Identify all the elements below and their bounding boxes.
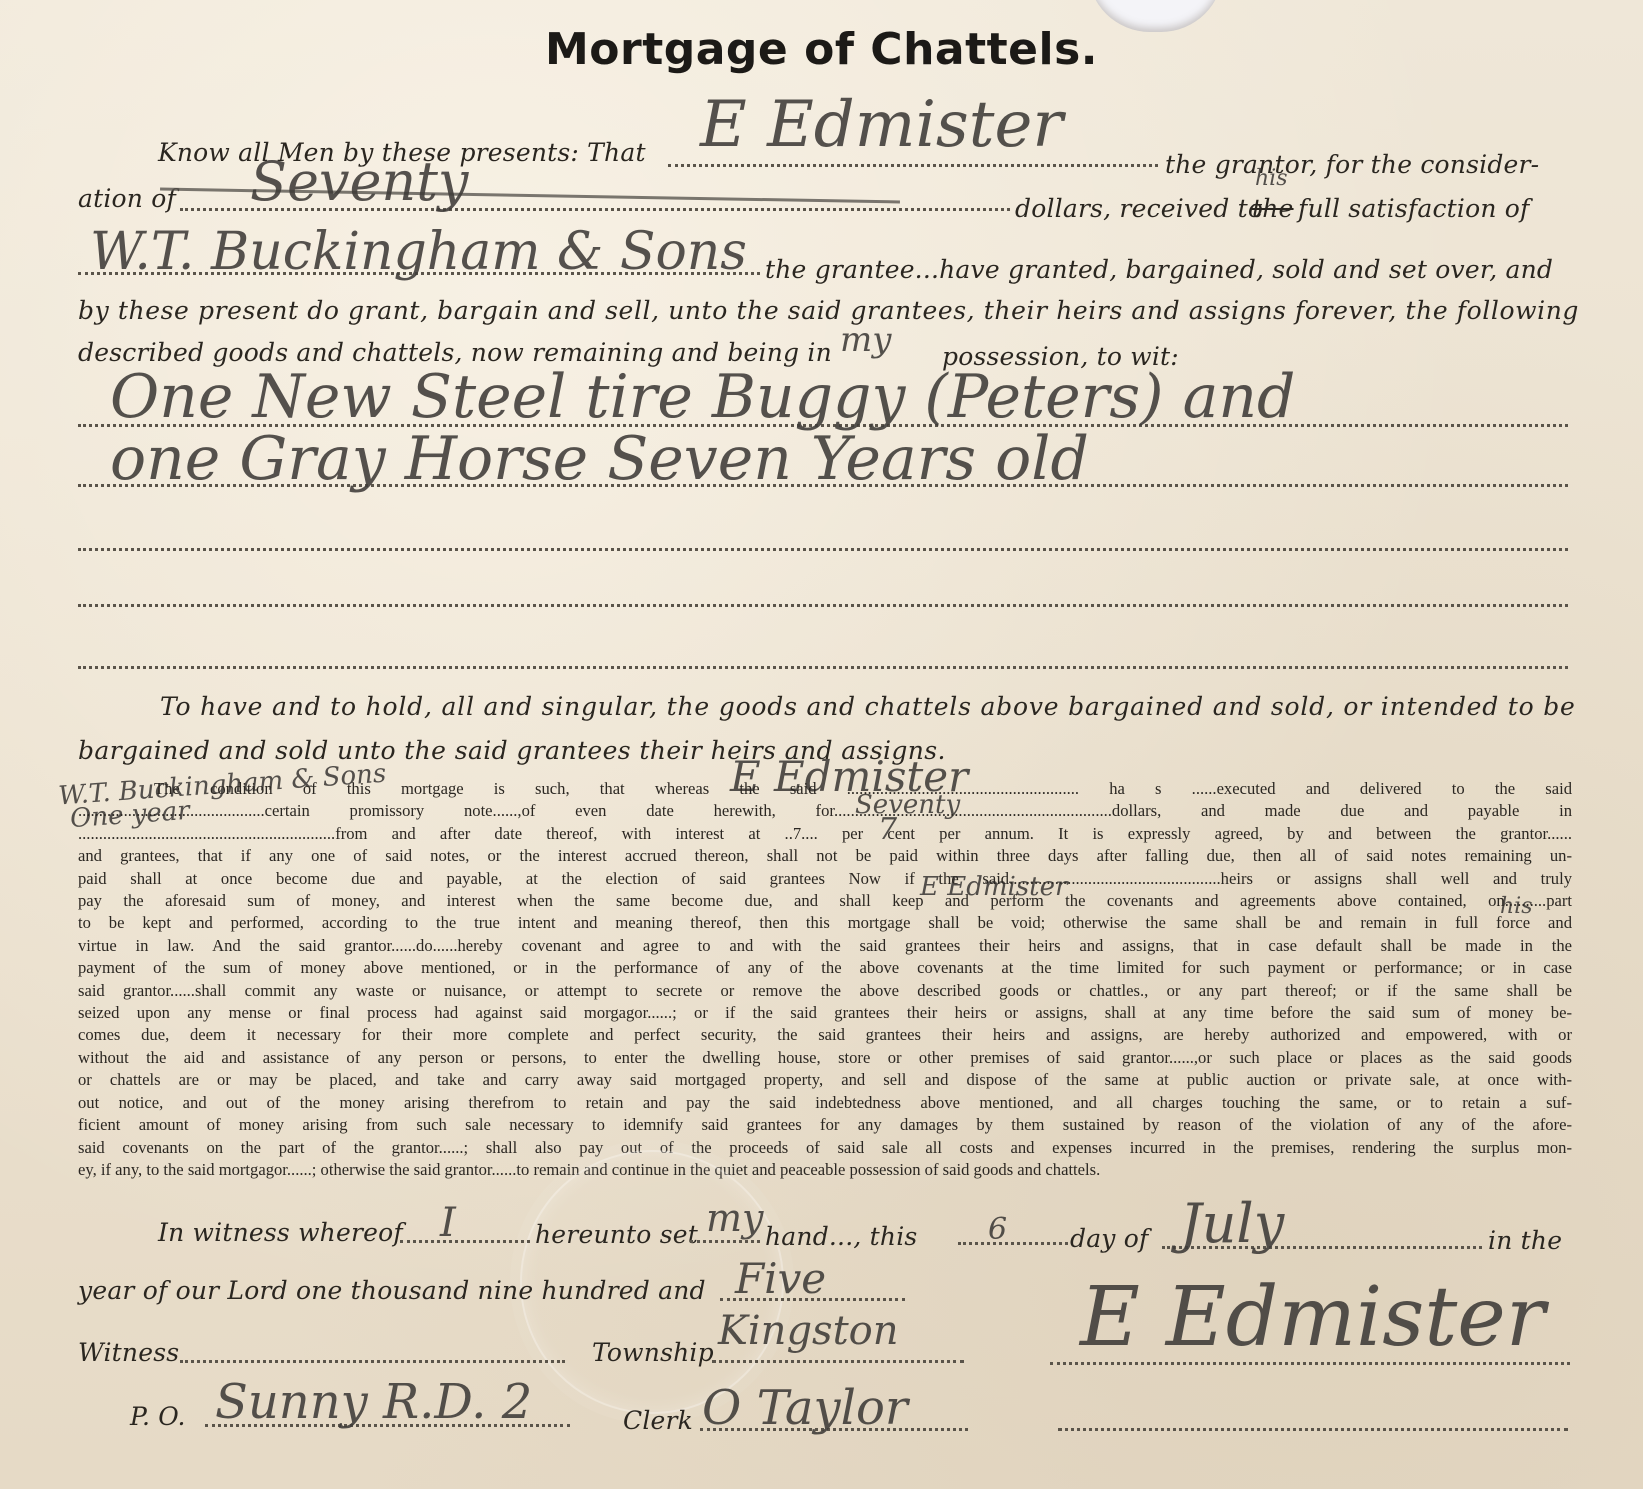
condition-line: virtue in law. And the said grantor.....… — [78, 935, 1572, 957]
in-the-label: in the — [1488, 1226, 1562, 1255]
condition-line: paid shall at once become due and payabl… — [78, 868, 1572, 890]
chattel-line-4 — [78, 604, 1568, 607]
witness-whereof-label: In witness whereof — [158, 1218, 403, 1247]
chattel-description-2: one Gray Horse Seven Years old — [110, 424, 1089, 494]
condition-line: said grantor......shall commit any waste… — [78, 980, 1572, 1002]
mortgage-document: Mortgage of Chattels. Know all Men by th… — [0, 0, 1643, 1489]
clerk-handwritten: O Taylor — [702, 1380, 908, 1436]
township-handwritten: Kingston — [718, 1308, 899, 1354]
condition-line: ........................................… — [78, 800, 1572, 822]
condition-line: The condition of this mortgage is such, … — [78, 778, 1572, 800]
condition-line: payment of the sum of money above mentio… — [78, 957, 1572, 979]
condition-line: pay the aforesaid sum of money, and inte… — [78, 890, 1572, 912]
possession-pronoun-handwritten: my — [840, 320, 891, 360]
struck-word: the — [1252, 194, 1294, 223]
month-handwritten: July — [1180, 1192, 1284, 1255]
hand-this-label: hand..., this — [765, 1222, 917, 1251]
condition-line: comes due, deem it necessary for their m… — [78, 1024, 1572, 1046]
condition-line: and grantees, that if any one of said no… — [78, 845, 1572, 867]
condition-line: to be kept and performed, according to t… — [78, 912, 1572, 934]
township-label: Township — [592, 1338, 714, 1367]
clerk-label: Clerk — [623, 1406, 693, 1435]
grantor-signature: E Edmister — [1080, 1270, 1545, 1365]
intro-line4: by these present do grant, bargain and s… — [78, 296, 1579, 325]
pronoun-handwritten: I — [440, 1200, 456, 1246]
condition-line: ey, if any, to the said mortgagor......;… — [78, 1159, 1572, 1181]
second-signature-line — [1058, 1428, 1568, 1431]
intro-line3-suffix: the grantee...have granted, bargained, s… — [765, 255, 1553, 284]
condition-line: or chattels are or may be placed, and ta… — [78, 1069, 1572, 1091]
chattel-line-3 — [78, 548, 1568, 551]
year-word-handwritten: Five — [735, 1254, 826, 1303]
condition-line: ........................................… — [78, 823, 1572, 845]
possessive-line — [690, 1240, 760, 1243]
intro-line1-suffix: the grantor, for the consider- — [1165, 150, 1539, 179]
pronoun-line — [400, 1240, 530, 1243]
consideration-amount-handwritten: Seventy — [250, 150, 468, 213]
hereunto-set-label: hereunto set — [535, 1220, 698, 1249]
condition-line: without the aid and assistance of any pe… — [78, 1047, 1572, 1069]
chattel-description-1: One New Steel tire Buggy (Peters) and — [110, 362, 1295, 432]
intro-line2-dollars: dollars, received to — [1015, 194, 1263, 223]
habendum-line1: To have and to hold, all and singular, t… — [160, 692, 1576, 721]
condition-clause: The condition of this mortgage is such, … — [78, 778, 1572, 1181]
condition-line: seized upon any mense or final process h… — [78, 1002, 1572, 1024]
inserted-word-handwritten: his — [1255, 166, 1288, 191]
intro-line2-satisfaction: full satisfaction of — [1298, 194, 1530, 223]
day-of-label: day of — [1070, 1224, 1148, 1253]
year-prefix-label: year of our Lord one thousand nine hundr… — [78, 1276, 706, 1305]
day-line — [958, 1242, 1068, 1245]
po-handwritten: Sunny R.D. 2 — [215, 1374, 532, 1430]
condition-line: ficient amount of money arising from suc… — [78, 1114, 1572, 1136]
possessive-handwritten: my — [706, 1196, 764, 1240]
condition-line: out notice, and out of the money arising… — [78, 1092, 1572, 1114]
township-line — [712, 1360, 964, 1363]
day-handwritten: 6 — [988, 1212, 1007, 1247]
document-title: Mortgage of Chattels. — [0, 24, 1643, 75]
witness-line — [180, 1360, 565, 1363]
po-label: P. O. — [130, 1402, 186, 1431]
condition-line: said covenants on the part of the granto… — [78, 1137, 1572, 1159]
chattel-line-5 — [78, 666, 1568, 669]
witness-label: Witness — [78, 1338, 179, 1367]
grantor-name-line — [668, 164, 1158, 167]
grantor-name-handwritten: E Edmister — [700, 88, 1063, 162]
grantee-name-handwritten: W.T. Buckingham & Sons — [90, 222, 747, 282]
